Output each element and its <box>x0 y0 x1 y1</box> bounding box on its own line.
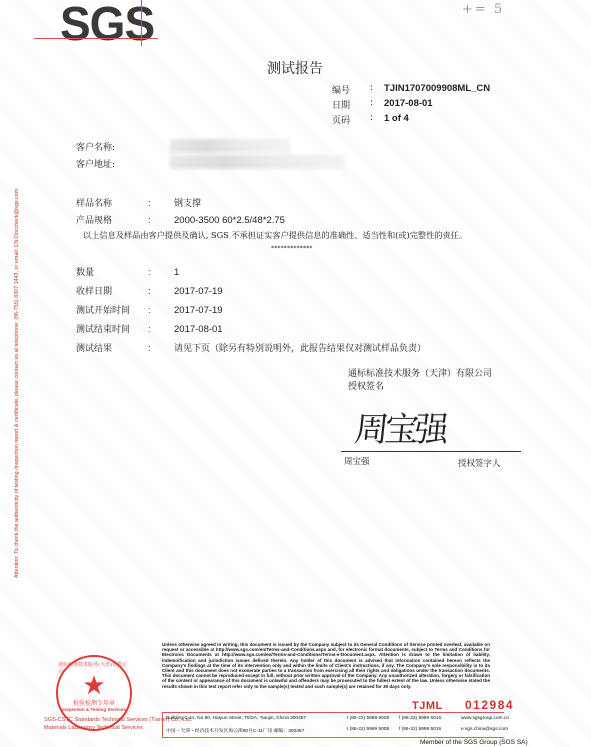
field-value: 2017-07-19 <box>174 305 223 316</box>
seal-ring-text: 通标标准技术服务(天津)有限公司 <box>58 661 130 675</box>
serial-number: 012984 <box>465 698 514 712</box>
email-link[interactable]: e sgs.china@sgs.com <box>461 727 508 734</box>
authenticity-notice: Attention: To check the authenticity of … <box>14 38 20 578</box>
handwritten-note: += 5 <box>462 2 504 17</box>
signature-line <box>341 451 521 452</box>
field-label: 样品名称 <box>76 196 148 209</box>
product-spec-row: 产品规格 : 2000-3500 60*2.5/48*2.75 <box>76 213 285 226</box>
field-value: 2017-08-01 <box>174 324 223 335</box>
telephone: t (86-22) 5999 5008 <box>347 727 399 734</box>
telephone: t (86-22) 5999 5008 <box>347 716 399 721</box>
meta-colon: : <box>370 98 384 111</box>
field-label: 测试结束时间 <box>76 322 148 335</box>
field-colon: : <box>148 324 174 334</box>
meta-value: TJIN1707009908ML_CN <box>384 83 490 96</box>
client-info-disclaimer: 以上信息及样品由客户提供及确认, SGS 不承担证实客户提供信息的准确性、适当性… <box>83 230 467 241</box>
signer-name: 周宝强 <box>344 455 370 467</box>
company-name: 通标标准技术服务（天津）有限公司 <box>348 368 492 381</box>
meta-value: 1 of 4 <box>384 113 409 126</box>
meta-date: 日期 : 2017-08-01 <box>332 98 433 111</box>
test-start-row: 测试开始时间 : 2017-07-19 <box>76 303 223 316</box>
field-value: 2017-07-19 <box>174 286 223 297</box>
seal-center-text: 检验检测专用章 <box>73 698 115 707</box>
sgs-member-note: Member of the SGS Group (SGS SA) <box>420 739 528 746</box>
meta-value: 2017-08-01 <box>384 98 433 111</box>
meta-label: 页码 <box>332 113 370 126</box>
field-colon: : <box>148 267 174 277</box>
logo-crosshair-horizontal <box>34 38 158 39</box>
footer-divider <box>162 712 504 713</box>
section-separator: ************* <box>271 245 313 252</box>
office-code: TJML <box>412 700 443 712</box>
field-value: 请见下页（除另有特别说明外，此报告结果仅对测试样品负责） <box>174 341 426 354</box>
star-icon: ★ <box>82 674 105 698</box>
footer-contact-en: Building C-11, No.80, Haiyun Street, TED… <box>166 716 509 721</box>
field-colon: : <box>148 286 174 296</box>
fax: f (86-22) 5999 5016 <box>399 716 461 721</box>
field-colon: : <box>148 305 174 315</box>
client-name-label: 客户名称: <box>76 140 115 153</box>
test-result-row: 测试结果 : 请见下页（除另有特别说明外，此报告结果仅对测试样品负责） <box>76 341 426 354</box>
fax: f (86-22) 5999 5016 <box>399 727 461 734</box>
meta-label: 日期 <box>332 98 370 111</box>
client-address-redacted <box>170 155 345 169</box>
client-address-label: 客户地址: <box>76 157 115 170</box>
seal-english-text: Inspection & Testing Services <box>62 707 126 712</box>
logo-crosshair-vertical <box>141 0 142 46</box>
field-value: 钢支撑 <box>174 196 201 209</box>
field-label: 数量 <box>76 265 148 278</box>
field-label: 收样日期 <box>76 284 148 297</box>
authorized-signature-label: 授权签名 <box>348 381 492 394</box>
meta-report-number: 编号 : TJIN1707009908ML_CN <box>332 83 490 96</box>
field-colon: : <box>148 198 174 208</box>
footer-bottom-divider <box>162 737 504 738</box>
address-english: Building C-11, No.80, Haiyun Street, TED… <box>166 716 347 721</box>
quantity-row: 数量 : 1 <box>76 265 179 278</box>
handwritten-signature: 周宝强 <box>352 402 447 451</box>
footer-contact-cn: 中国・天津・经济技术开发区海云街80号C-11厂房 邮编：300457 t (8… <box>166 727 508 734</box>
signer-role: 授权签字人 <box>458 457 501 469</box>
lab-name-line2: Materials Laboratory Technical Services <box>44 725 143 731</box>
address-chinese: 中国・天津・经济技术开发区海云街80号C-11厂房 邮编：300457 <box>166 727 347 734</box>
field-value: 1 <box>174 267 179 278</box>
meta-label: 编号 <box>332 83 370 96</box>
field-label: 测试开始时间 <box>76 303 148 316</box>
sgs-watermark-pattern <box>0 0 591 747</box>
footer-divider-vertical <box>162 712 163 738</box>
field-colon: : <box>148 215 174 225</box>
meta-colon: : <box>370 83 384 96</box>
report-title: 测试报告 <box>267 58 323 78</box>
meta-colon: : <box>370 113 384 126</box>
field-colon: : <box>148 343 174 353</box>
field-label: 测试结果 <box>76 341 148 354</box>
meta-page: 页码 : 1 of 4 <box>332 113 409 126</box>
field-label: 产品规格 <box>76 213 148 226</box>
test-end-row: 测试结束时间 : 2017-08-01 <box>76 322 223 335</box>
client-name-redacted <box>170 139 290 153</box>
signing-company: 通标标准技术服务（天津）有限公司 授权签名 <box>348 368 492 394</box>
terms-and-conditions: Unless otherwise agreed in writing, this… <box>162 642 490 689</box>
website-link[interactable]: www.sgsgroup.com.cn <box>461 716 509 721</box>
field-value: 2000-3500 60*2.5/48*2.75 <box>174 215 285 226</box>
sample-name-row: 样品名称 : 钢支撑 <box>76 196 201 209</box>
received-date-row: 收样日期 : 2017-07-19 <box>76 284 223 297</box>
